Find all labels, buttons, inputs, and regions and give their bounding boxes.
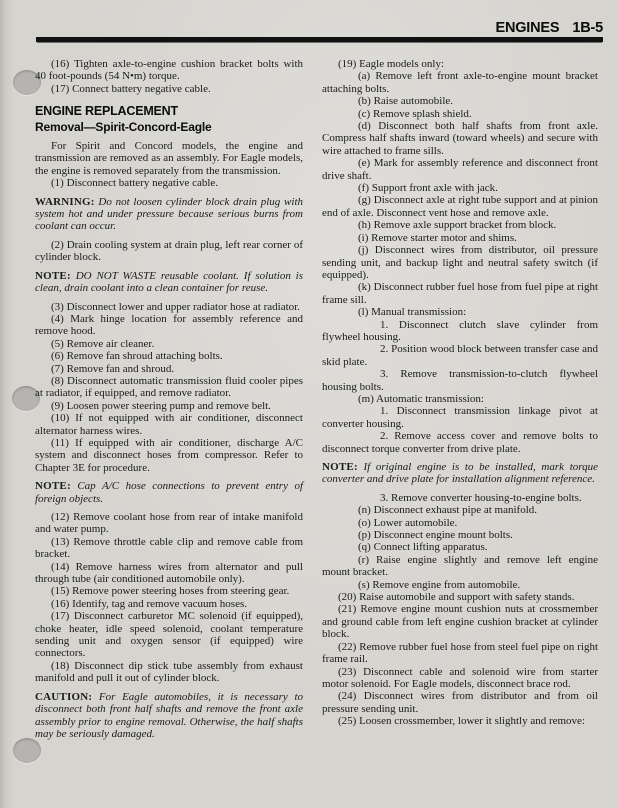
procedure-step: (6) Remove fan shroud attaching bolts. [35, 350, 303, 362]
procedure-step: (q) Connect lifting apparatus. [322, 541, 598, 553]
procedure-step: (h) Remove axle support bracket from blo… [322, 219, 598, 231]
section-heading: ENGINE REPLACEMENT [35, 105, 303, 117]
procedure-step: 3. Remove converter housing-to-engine bo… [322, 492, 598, 504]
procedure-step: (m) Automatic transmission: [322, 393, 598, 405]
procedure-step: (b) Raise automobile. [322, 95, 598, 107]
procedure-step: 1. Disconnect transmission linkage pivot… [322, 405, 598, 430]
procedure-step: (8) Disconnect automatic transmission fl… [35, 375, 303, 400]
procedure-step: (3) Disconnect lower and upper radiator … [35, 301, 303, 313]
procedure-step: (19) Eagle models only: [322, 58, 598, 70]
caution-block: CAUTION: For Eagle automobiles, it is ne… [35, 691, 303, 741]
procedure-step: (7) Remove fan and shroud. [35, 363, 303, 375]
procedure-step: (o) Lower automobile. [322, 517, 598, 529]
procedure-step: (12) Remove coolant hose from rear of in… [35, 511, 303, 536]
procedure-step: (14) Remove harness wires from alternato… [35, 561, 303, 586]
warning-label: WARNING: [35, 196, 95, 208]
procedure-step: (18) Disconnect dip stick tube assembly … [35, 660, 303, 685]
procedure-step: (13) Remove throttle cable clip and remo… [35, 536, 303, 561]
procedure-step: (d) Disconnect both half shafts from fro… [322, 120, 598, 157]
procedure-step: (16) Identify, tag and remove vacuum hos… [35, 598, 303, 610]
procedure-step: (g) Disconnect axle at right tube suppor… [322, 194, 598, 219]
note-text: Cap A/C hose connections to prevent entr… [35, 480, 303, 504]
procedure-step: (20) Raise automobile and support with s… [322, 591, 598, 603]
note-block: NOTE: DO NOT WASTE reusable coolant. If … [35, 270, 303, 295]
column-left: (16) Tighten axle-to-engine cushion brac… [35, 58, 303, 746]
procedure-step: (i) Remove starter motor and shims. [322, 232, 598, 244]
procedure-step: (16) Tighten axle-to-engine cushion brac… [35, 58, 303, 83]
procedure-step: (p) Disconnect engine mount bolts. [322, 529, 598, 541]
procedure-step: (24) Disconnect wires from distributor a… [322, 690, 598, 715]
note-text: DO NOT WASTE reusable coolant. If soluti… [35, 270, 303, 294]
text-columns: (16) Tighten axle-to-engine cushion brac… [35, 58, 598, 746]
procedure-step: (22) Remove rubber fuel hose from steel … [322, 641, 598, 666]
procedure-step: (2) Drain cooling system at drain plug, … [35, 239, 303, 264]
header-rule [36, 37, 603, 42]
procedure-step: (n) Disconnect exhaust pipe at manifold. [322, 504, 598, 516]
running-head-page-number: 1B-5 [572, 20, 603, 36]
procedure-step: (5) Remove air cleaner. [35, 338, 303, 350]
subsection-heading: Removal—Spirit-Concord-Eagle [35, 121, 303, 133]
procedure-step: 2. Position wood block between transfer … [322, 343, 598, 368]
procedure-step: (c) Remove splash shield. [322, 108, 598, 120]
procedure-step: (1) Disconnect battery negative cable. [35, 177, 303, 189]
running-head-section: ENGINES [495, 20, 559, 36]
note-block: NOTE: If original engine is to be instal… [322, 461, 598, 486]
note-label: NOTE: [322, 461, 358, 473]
procedure-step: 3. Remove transmission-to-clutch flywhee… [322, 368, 598, 393]
procedure-step: (e) Mark for assembly reference and disc… [322, 157, 598, 182]
procedure-step: 1. Disconnect clutch slave cylinder from… [322, 319, 598, 344]
procedure-step: (k) Disconnect rubber fuel hose from fue… [322, 281, 598, 306]
warning-block: WARNING: Do not loosen cylinder block dr… [35, 196, 303, 233]
procedure-step: (9) Loosen power steering pump and remov… [35, 400, 303, 412]
procedure-step: (17) Connect battery negative cable. [35, 83, 303, 95]
manual-page: ENGINES1B-5 (16) Tighten axle-to-engine … [0, 0, 618, 808]
procedure-step: 2. Remove access cover and remove bolts … [322, 430, 598, 455]
procedure-step: (23) Disconnect cable and solenoid wire … [322, 666, 598, 691]
procedure-step: (10) If not equipped with air conditione… [35, 412, 303, 437]
note-label: NOTE: [35, 480, 71, 492]
procedure-step: (11) If equipped with air conditioner, d… [35, 437, 303, 474]
note-block: NOTE: Cap A/C hose connections to preven… [35, 480, 303, 505]
procedure-step: (25) Loosen crossmember, lower it slight… [322, 715, 598, 727]
running-head: ENGINES1B-5 [495, 20, 603, 36]
intro-paragraph: For Spirit and Concord models, the engin… [35, 140, 303, 177]
procedure-step: (s) Remove engine from automobile. [322, 579, 598, 591]
procedure-step: (21) Remove engine mount cushion nuts at… [322, 603, 598, 640]
procedure-step: (4) Mark hinge location for assembly ref… [35, 313, 303, 338]
procedure-step: (j) Disconnect wires from distributor, o… [322, 244, 598, 281]
note-text: If original engine is to be installed, m… [322, 461, 598, 485]
caution-label: CAUTION: [35, 691, 92, 703]
procedure-step: (15) Remove power steering hoses from st… [35, 585, 303, 597]
procedure-step: (l) Manual transmission: [322, 306, 598, 318]
procedure-step: (f) Support front axle with jack. [322, 182, 598, 194]
note-label: NOTE: [35, 270, 71, 282]
procedure-step: (a) Remove left front axle-to-engine mou… [322, 70, 598, 95]
procedure-step: (r) Raise engine slightly and remove lef… [322, 554, 598, 579]
procedure-step: (17) Disconnect carburetor MC solenoid (… [35, 610, 303, 660]
column-right: (19) Eagle models only:(a) Remove left f… [322, 58, 598, 746]
